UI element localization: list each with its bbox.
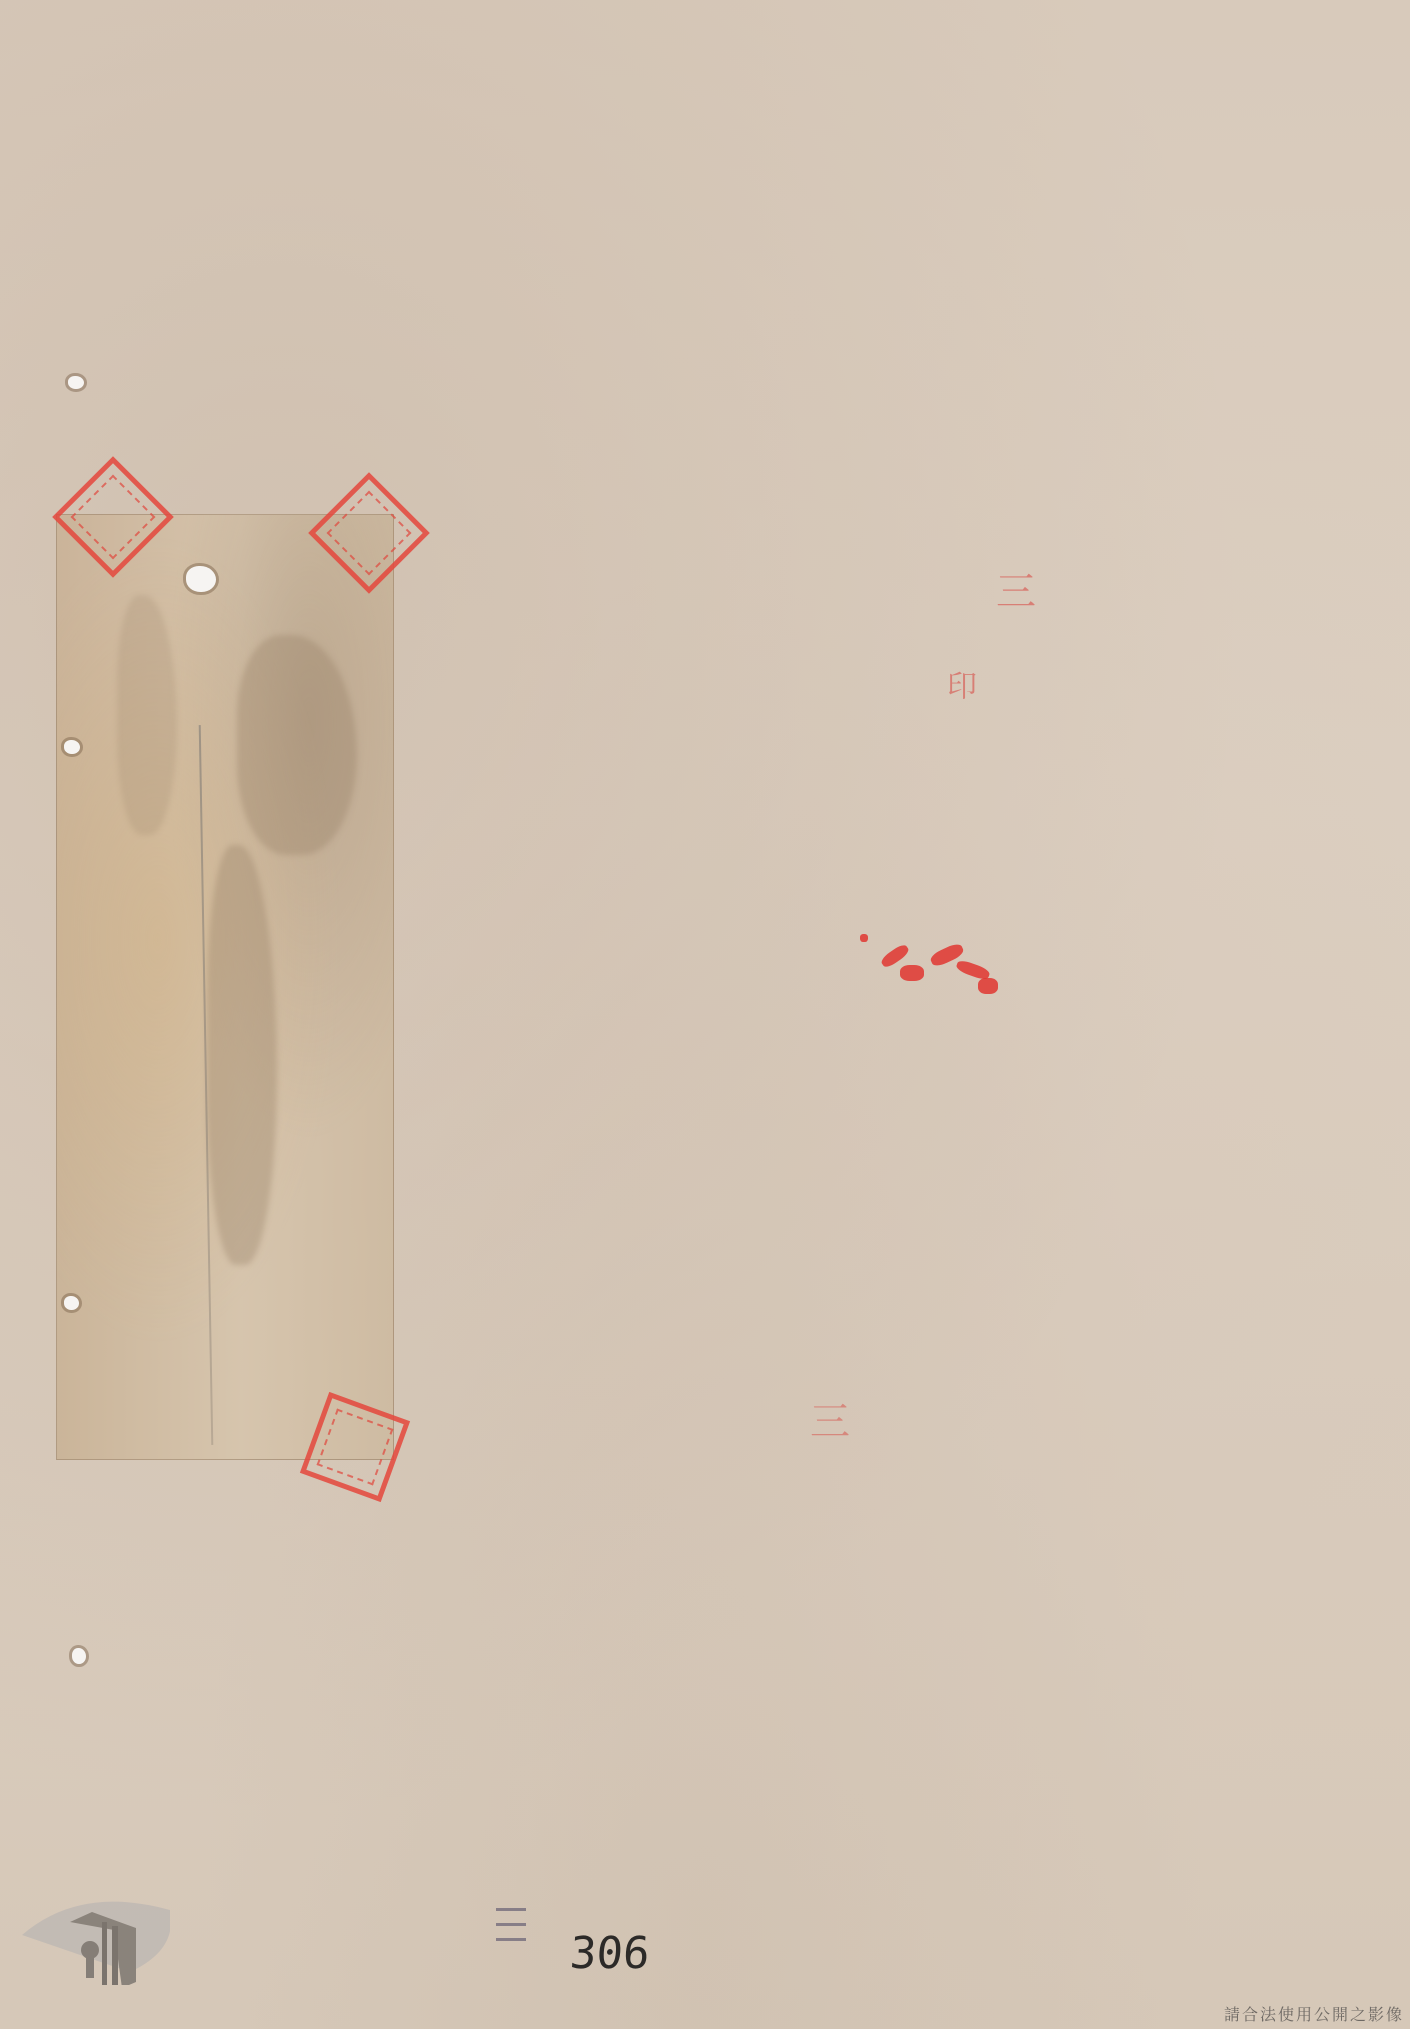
faint-ink-marks [496,1896,536,1996]
binding-hole [186,566,216,592]
document-page: 三 印 三 306 請合法使用公開之影像 [0,0,1410,2029]
archive-book-keyhole-logo-icon [10,1890,170,1985]
binding-hole [72,1648,86,1664]
faint-seal-mark-lower: 三 [810,1390,852,1447]
binding-hole [68,376,84,389]
water-stain [237,635,357,855]
water-stain [117,595,177,835]
faint-seal-mark: 三 [996,560,1038,617]
water-stain [207,845,277,1265]
binding-hole [64,1296,79,1310]
red-smudge [860,930,1020,1010]
faint-seal-column: 印 [936,670,980,702]
usage-notice-watermark: 請合法使用公開之影像 [1224,2002,1404,2025]
binding-hole [64,740,80,754]
paper-tape-strip [56,514,394,1460]
page-number: 306 [568,1928,651,1979]
